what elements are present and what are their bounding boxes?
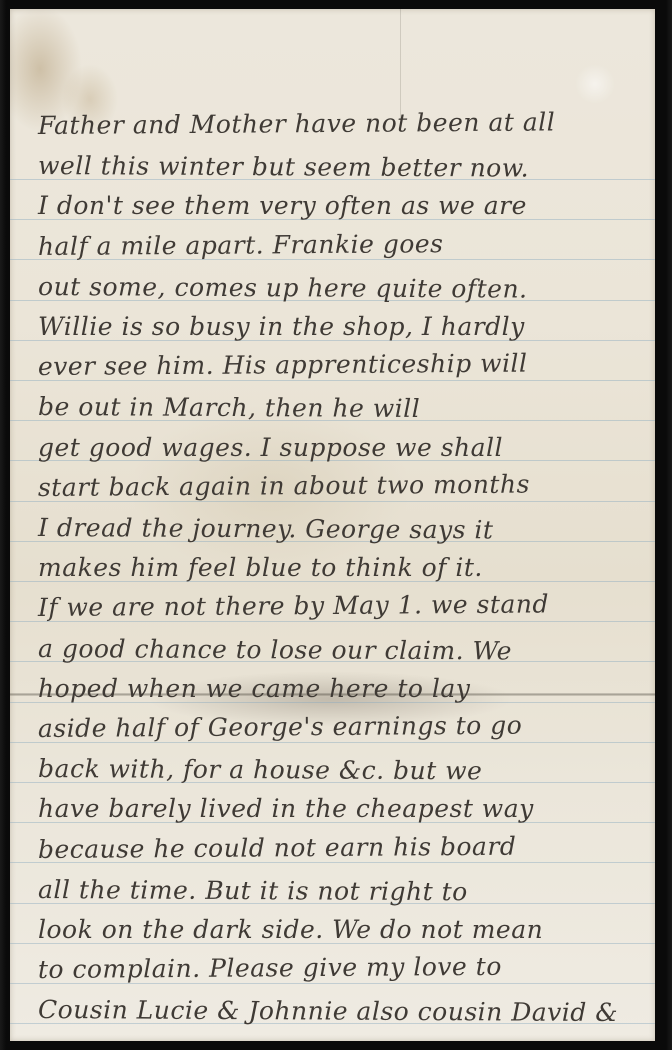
handwritten-line: because he could not earn his board	[38, 832, 517, 864]
handwritten-line: I don't see them very often as we are	[38, 191, 527, 220]
handwritten-line: look on the dark side. We do not mean	[38, 915, 543, 944]
handwritten-line: back with, for a house &c. but we	[38, 754, 482, 785]
handwritten-line: start back again in about two months	[38, 470, 530, 502]
handwritten-line: ever see him. His apprenticeship will	[38, 349, 528, 381]
handwritten-line: out some, comes up here quite often.	[38, 272, 528, 304]
handwritten-line: I dread the journey. George says it	[38, 513, 494, 544]
letter-page: Father and Mother have not been at allwe…	[10, 9, 655, 1041]
handwritten-line: well this winter but seem better now.	[38, 151, 529, 183]
handwritten-line: Cousin Lucie & Johnnie also cousin David…	[38, 995, 618, 1027]
handwritten-line: have barely lived in the cheapest way	[38, 794, 534, 823]
handwritten-line: Father and Mother have not been at all	[38, 107, 555, 140]
handwritten-line: aside half of George's earnings to go	[38, 711, 523, 743]
handwritten-line: all the time. But it is not right to	[38, 875, 468, 906]
handwritten-line: to complain. Please give my love to	[38, 952, 502, 984]
handwritten-line: Willie is so busy in the shop, I hardly	[38, 312, 525, 341]
handwritten-line: a good chance to lose our claim. We	[38, 634, 512, 665]
handwritten-line: get good wages. I suppose we shall	[38, 433, 503, 462]
handwritten-line: be out in March, then he will	[38, 392, 420, 423]
embossed-stamp	[575, 64, 615, 104]
handwritten-line: makes him feel blue to think of it.	[38, 553, 483, 582]
handwritten-line: If we are not there by May 1. we stand	[38, 589, 549, 622]
handwritten-line: half a mile apart. Frankie goes	[38, 229, 444, 261]
handwritten-line: hoped when we came here to lay	[38, 674, 470, 703]
